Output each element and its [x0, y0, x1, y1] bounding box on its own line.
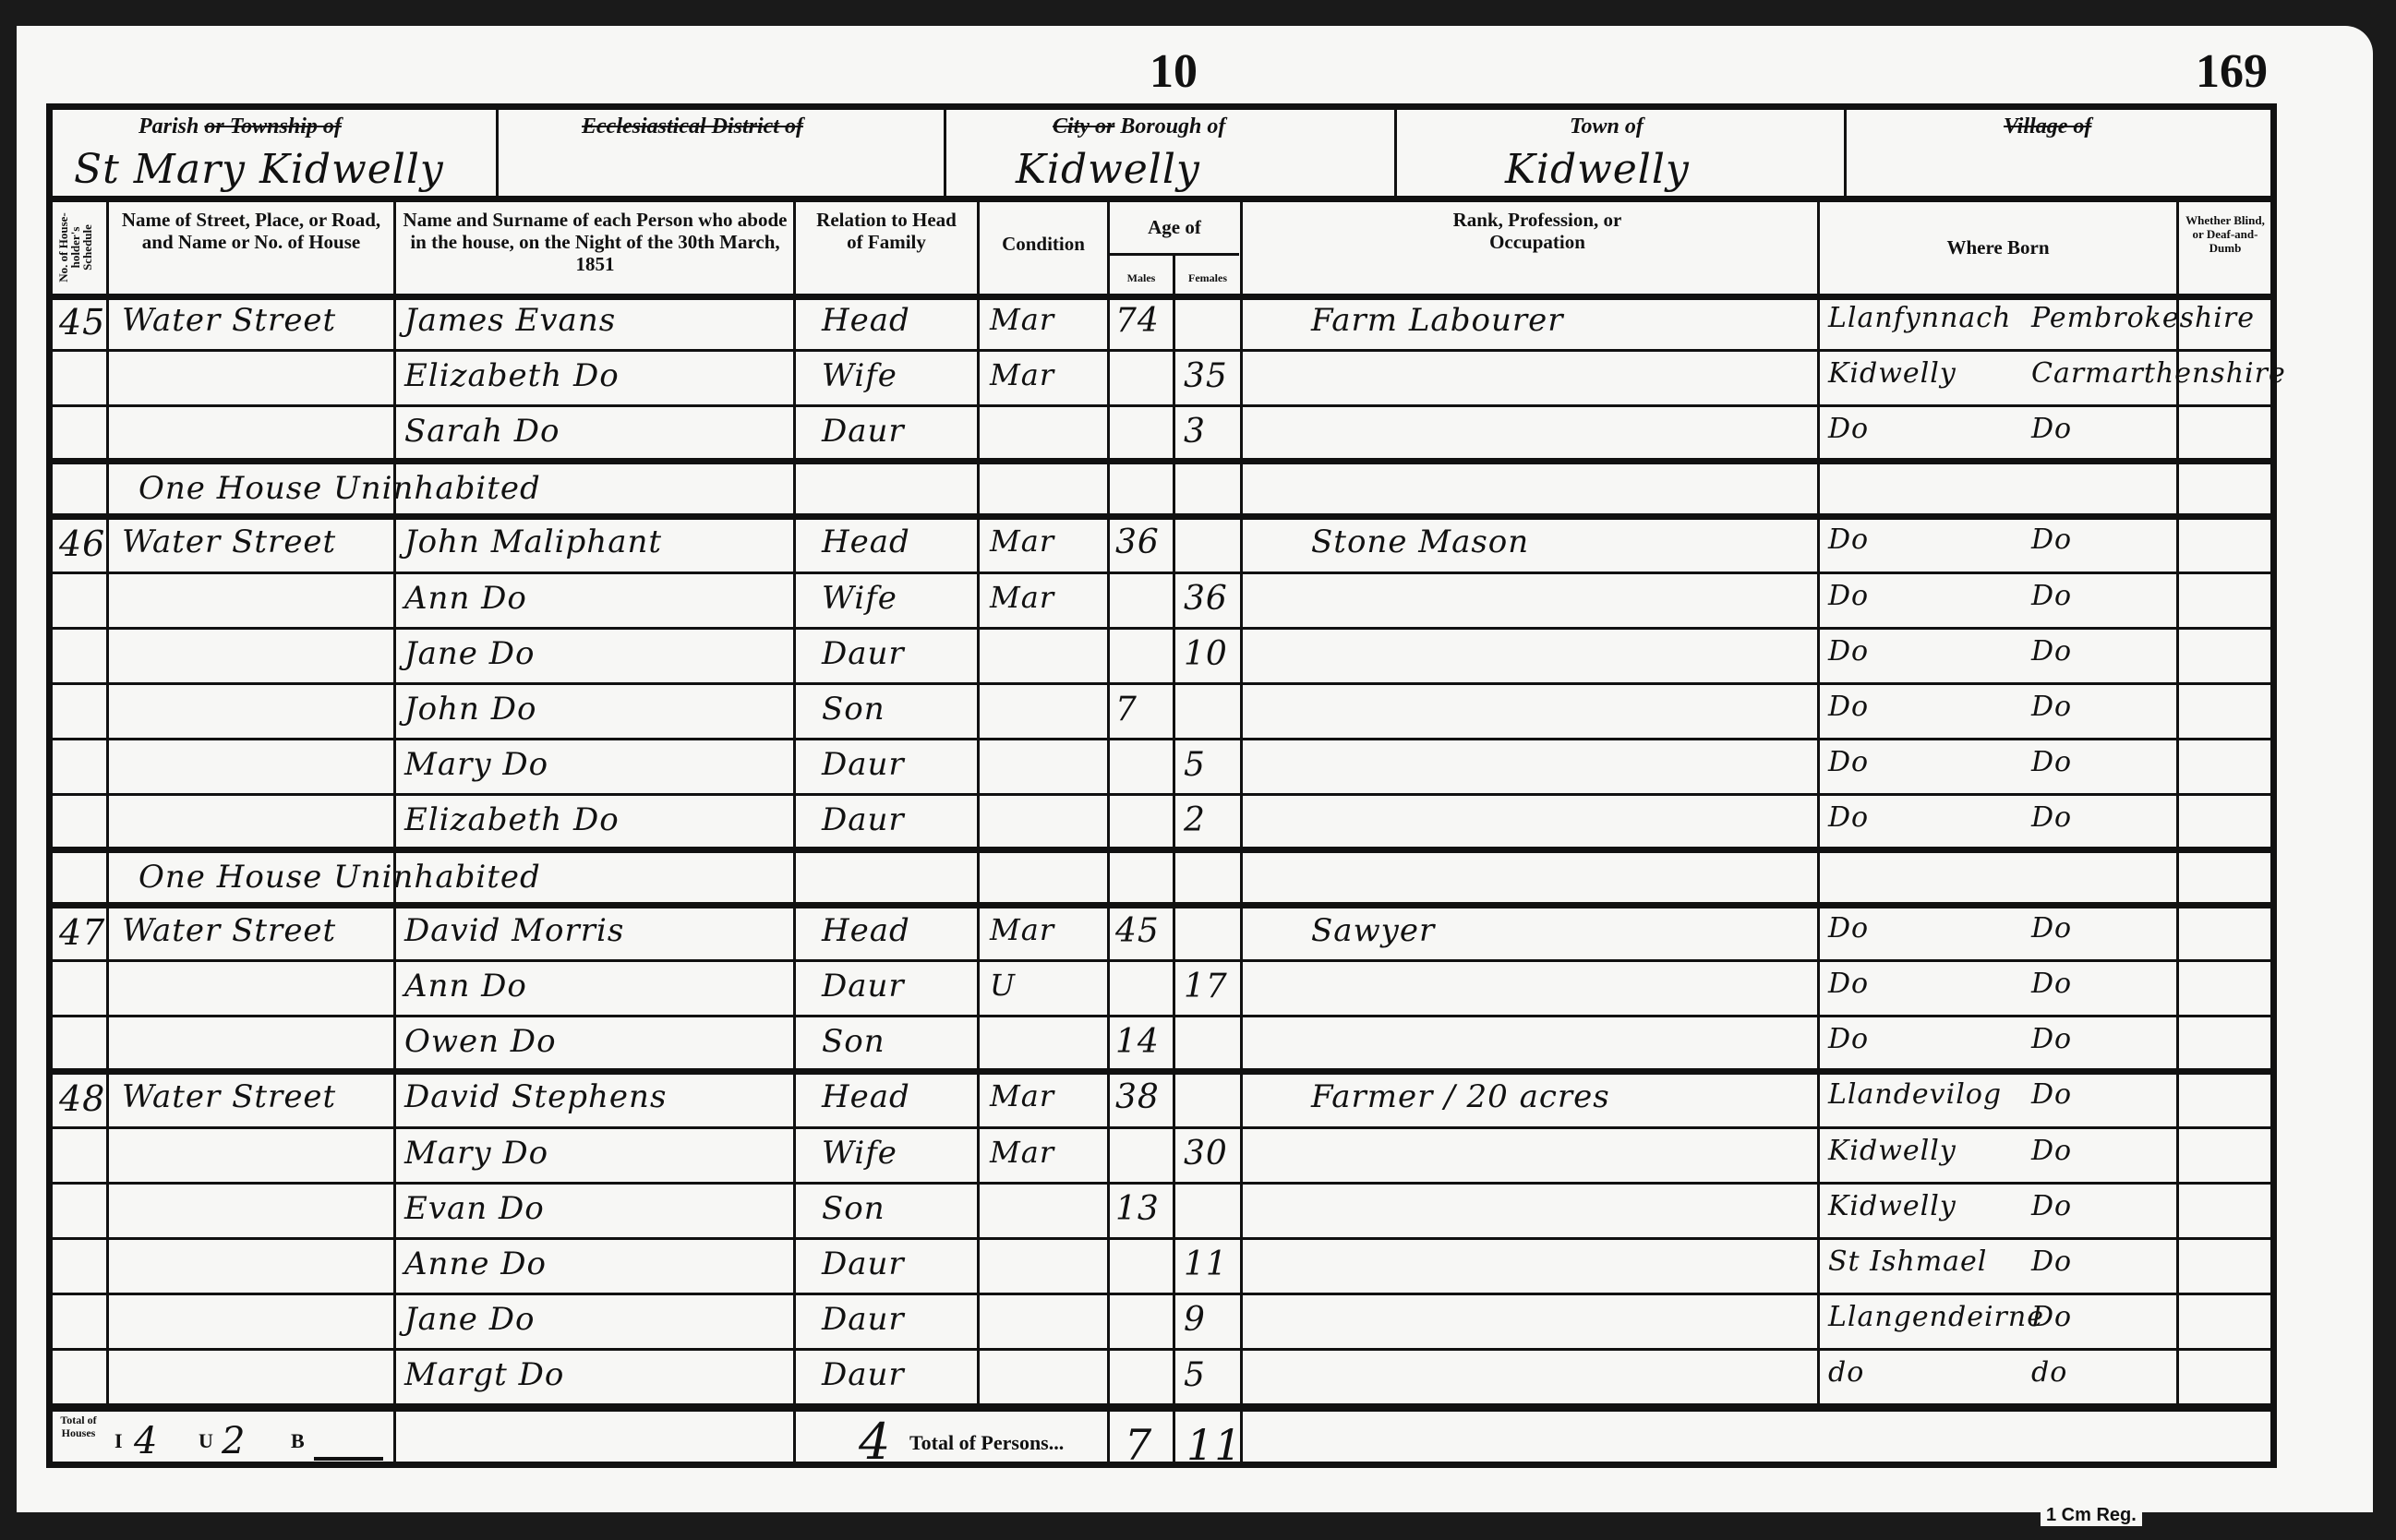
- col-header-street: Name of Street, Place, or Road, and Name…: [113, 209, 390, 253]
- row-rule: [53, 349, 2270, 352]
- row-rule: [53, 1182, 2270, 1185]
- cell-born-place: Do: [1828, 413, 1869, 445]
- cell-male-age: 13: [1115, 1190, 1160, 1228]
- col-line: [977, 198, 980, 1407]
- row-rule: [53, 1068, 2270, 1075]
- cell-name: David Morris: [404, 912, 624, 949]
- parish-label-text: Parish: [138, 114, 204, 138]
- cell-female-age: 5: [1184, 746, 1206, 784]
- cell-relation: Wife: [822, 1135, 897, 1172]
- divider: [1844, 103, 1847, 198]
- row-rule: [53, 458, 2270, 464]
- cell-name: Mary Do: [404, 746, 548, 783]
- borough-label-struck: City or: [1053, 114, 1114, 138]
- cell-relation: Daur: [822, 1301, 905, 1338]
- cell-born-place: Llandevilog: [1828, 1078, 2002, 1111]
- total-schedules-value: 4: [859, 1413, 891, 1471]
- cell-street: Water Street: [122, 302, 336, 339]
- cell-name: Jane Do: [404, 635, 535, 672]
- cell-street: Water Street: [122, 912, 336, 949]
- cell-male-age: 38: [1115, 1078, 1160, 1116]
- col-line: [793, 198, 796, 1468]
- cell-born-county: Do: [2031, 413, 2072, 445]
- cell-born-county: Do: [2031, 1135, 2072, 1167]
- cell-relation: Son: [822, 691, 885, 728]
- cell-female-age: 2: [1184, 801, 1206, 839]
- folio-right: 169: [2196, 44, 2268, 99]
- cell-born-county: Do: [2031, 912, 2072, 944]
- cell-born-county: Do: [2031, 801, 2072, 834]
- cell-street: Water Street: [122, 1078, 336, 1115]
- cell-born-place: Do: [1828, 635, 1869, 668]
- cell-relation: Daur: [822, 1245, 905, 1282]
- cell-born-place: Do: [1828, 1023, 1869, 1055]
- town-value: Kidwelly: [1505, 146, 1690, 193]
- cell-relation: Head: [822, 1078, 910, 1115]
- folio-left: 10: [1150, 44, 1198, 99]
- divider: [46, 294, 2277, 300]
- row-rule: [53, 1293, 2270, 1295]
- col-header-males: Males: [1110, 272, 1173, 285]
- cell-name: James Evans: [404, 302, 616, 339]
- cell-born-county: Do: [2031, 691, 2072, 723]
- divider: [46, 1405, 2277, 1412]
- cell-born-county: Do: [2031, 1245, 2072, 1278]
- cell-name: Jane Do: [404, 1301, 535, 1338]
- cell-relation: Head: [822, 302, 910, 339]
- col-line: [1107, 198, 1110, 1407]
- cell-relation: Daur: [822, 968, 905, 1005]
- cell-condition: Mar: [990, 1135, 1054, 1170]
- row-rule: [53, 1348, 2270, 1351]
- parish-value: St Mary Kidwelly: [74, 146, 444, 193]
- cell-female-age: 30: [1184, 1135, 1228, 1173]
- cell-born-county: Do: [2031, 1078, 2072, 1111]
- cell-condition: Mar: [990, 580, 1054, 615]
- cell-born-place: Kidwelly: [1828, 357, 1957, 390]
- col-line: [1817, 198, 1820, 1407]
- cell-born-county: Do: [2031, 1023, 2072, 1055]
- divider: [1394, 103, 1397, 198]
- cell-name: Anne Do: [404, 1245, 547, 1282]
- cell-condition: Mar: [990, 523, 1054, 559]
- cell-schedule: 47: [59, 912, 105, 953]
- cell-born-place: Do: [1828, 691, 1869, 723]
- row-rule: [53, 1015, 2270, 1017]
- cell-male-age: 45: [1115, 912, 1160, 950]
- cell-relation: Daur: [822, 801, 905, 838]
- age-divider: [1110, 253, 1239, 256]
- cell-female-age: 35: [1184, 357, 1228, 395]
- cell-name: Evan Do: [404, 1190, 545, 1227]
- row-rule: [53, 627, 2270, 630]
- cell-born-county: Pembrokeshire: [2031, 302, 2255, 334]
- cell-born-place: Do: [1828, 746, 1869, 778]
- col-header-condition: Condition: [981, 233, 1106, 255]
- cell-female-age: 11: [1184, 1245, 1228, 1283]
- building-label: B: [291, 1429, 305, 1452]
- uninhabited-note: One House Uninhabited: [138, 859, 541, 896]
- cell-condition: Mar: [990, 1078, 1054, 1113]
- cell-name: John Do: [404, 691, 536, 728]
- parish-label: Parish or Township of: [138, 114, 342, 139]
- inhabited-label: I: [114, 1429, 123, 1452]
- cell-relation: Daur: [822, 1356, 905, 1393]
- cell-relation: Daur: [822, 413, 905, 450]
- cell-relation: Daur: [822, 635, 905, 672]
- cell-schedule: 46: [59, 523, 105, 564]
- cell-occupation: Sawyer: [1311, 912, 1435, 949]
- col-header-name: Name and Surname of each Person who abod…: [399, 209, 791, 275]
- col-header-schedule: No. of House-holder's Schedule: [54, 205, 107, 292]
- col-header-occupation: Rank, Profession, or Occupation: [1422, 209, 1653, 253]
- row-rule: [53, 1237, 2270, 1240]
- col-line: [1107, 1405, 1110, 1468]
- cell-male-age: 7: [1115, 691, 1138, 728]
- row-rule: [53, 513, 2270, 520]
- cell-relation: Head: [822, 523, 910, 560]
- divider: [944, 103, 946, 198]
- borough-value: Kidwelly: [1016, 146, 1200, 193]
- cell-born-place: Kidwelly: [1828, 1135, 1957, 1167]
- col-line: [106, 198, 109, 1407]
- cell-male-age: 36: [1115, 523, 1160, 561]
- cell-name: Sarah Do: [404, 413, 560, 450]
- borough-label-text: Borough of: [1114, 114, 1225, 138]
- cell-born-place: Do: [1828, 801, 1869, 834]
- cell-female-age: 9: [1184, 1301, 1206, 1339]
- cell-born-county: Do: [2031, 580, 2072, 612]
- cell-born-place: Do: [1828, 968, 1869, 1000]
- cell-born-county: Do: [2031, 746, 2072, 778]
- register-stamp: 1 Cm Reg.: [2041, 1505, 2142, 1526]
- cell-condition: Mar: [990, 302, 1054, 337]
- cell-born-place: Do: [1828, 523, 1869, 556]
- total-females-value: 11: [1186, 1420, 1243, 1470]
- cell-male-age: 14: [1115, 1023, 1160, 1061]
- cell-relation: Daur: [822, 746, 905, 783]
- cell-born-county: Do: [2031, 968, 2072, 1000]
- cell-relation: Wife: [822, 580, 897, 617]
- cell-occupation: Farmer / 20 acres: [1311, 1078, 1610, 1115]
- cell-born-county: Do: [2031, 1190, 2072, 1222]
- cell-born-place: Llanfynnach: [1828, 302, 2011, 334]
- row-rule: [53, 959, 2270, 962]
- inhabited-value: 4: [134, 1420, 180, 1465]
- row-rule: [53, 682, 2270, 685]
- col-line: [1240, 198, 1243, 1468]
- borough-label: City or Borough of: [1053, 114, 1225, 139]
- cell-female-age: 3: [1184, 413, 1206, 451]
- row-rule: [53, 571, 2270, 574]
- cell-name: Mary Do: [404, 1135, 548, 1172]
- cell-female-age: 36: [1184, 580, 1228, 618]
- uninhabited-label: U: [199, 1429, 213, 1452]
- cell-born-county: Do: [2031, 523, 2072, 556]
- total-males-value: 7: [1125, 1420, 1152, 1470]
- cell-occupation: Farm Labourer: [1311, 302, 1563, 339]
- row-rule: [53, 902, 2270, 908]
- cell-name: Elizabeth Do: [404, 801, 620, 838]
- divider: [496, 103, 499, 198]
- cell-occupation: Stone Mason: [1311, 523, 1529, 560]
- uninhabited-value: 2: [222, 1420, 277, 1465]
- row-rule: [53, 404, 2270, 407]
- cell-name: Owen Do: [404, 1023, 557, 1060]
- row-rule: [53, 738, 2270, 740]
- col-header-females: Females: [1175, 272, 1240, 285]
- row-rule: [53, 1126, 2270, 1129]
- row-rule: [53, 847, 2270, 853]
- col-header-schedule-text: No. of House-holder's Schedule: [57, 205, 93, 290]
- cell-female-age: 5: [1184, 1356, 1206, 1394]
- ecclesiastical-district-label: Ecclesiastical District of: [582, 114, 803, 139]
- cell-born-county: Do: [2031, 635, 2072, 668]
- cell-born-place: Do: [1828, 580, 1869, 612]
- total-persons-label: Total of Persons...: [909, 1431, 1064, 1454]
- col-header-where-born: Where Born: [1821, 236, 2175, 259]
- cell-name: Elizabeth Do: [404, 357, 620, 394]
- cell-male-age: 74: [1115, 302, 1160, 340]
- town-label: Town of: [1570, 114, 1643, 139]
- cell-relation: Head: [822, 912, 910, 949]
- col-line: [393, 198, 396, 1468]
- col-header-relation: Relation to Head of Family: [813, 209, 960, 253]
- cell-born-place: Kidwelly: [1828, 1190, 1957, 1222]
- building-value-line: [314, 1457, 383, 1461]
- cell-name: John Maliphant: [404, 523, 662, 560]
- row-rule: [53, 793, 2270, 796]
- cell-female-age: 10: [1184, 635, 1228, 673]
- cell-female-age: 17: [1184, 968, 1228, 1005]
- cell-name: Ann Do: [404, 968, 527, 1005]
- cell-born-place: do: [1828, 1356, 1864, 1389]
- cell-born-place: Llangendeirne: [1828, 1301, 2044, 1333]
- cell-name: Margt Do: [404, 1356, 564, 1393]
- cell-born-county: Do: [2031, 1301, 2072, 1333]
- divider: [46, 196, 2277, 202]
- cell-name: Ann Do: [404, 580, 527, 617]
- cell-schedule: 45: [59, 302, 105, 343]
- cell-relation: Wife: [822, 357, 897, 394]
- total-houses-label: Total of Houses: [52, 1414, 105, 1440]
- cell-born-place: Do: [1828, 912, 1869, 944]
- cell-born-county: do: [2031, 1356, 2067, 1389]
- cell-relation: Son: [822, 1190, 885, 1227]
- parish-label-struck: or Township of: [204, 114, 342, 138]
- col-line: [1173, 254, 1175, 1468]
- cell-condition: Mar: [990, 357, 1054, 392]
- cell-name: David Stephens: [404, 1078, 667, 1115]
- cell-schedule: 48: [59, 1078, 105, 1119]
- village-label: Village of: [2004, 114, 2091, 139]
- col-header-blind: Whether Blind, or Deaf-and-Dumb: [2179, 214, 2271, 256]
- col-header-age: Age of: [1110, 216, 1239, 238]
- cell-relation: Son: [822, 1023, 885, 1060]
- cell-condition: U: [990, 968, 1016, 1003]
- uninhabited-note: One House Uninhabited: [138, 470, 541, 507]
- cell-street: Water Street: [122, 523, 336, 560]
- cell-condition: Mar: [990, 912, 1054, 947]
- cell-born-place: St Ishmael: [1828, 1245, 1987, 1278]
- cell-born-county: Carmarthenshire: [2031, 357, 2286, 390]
